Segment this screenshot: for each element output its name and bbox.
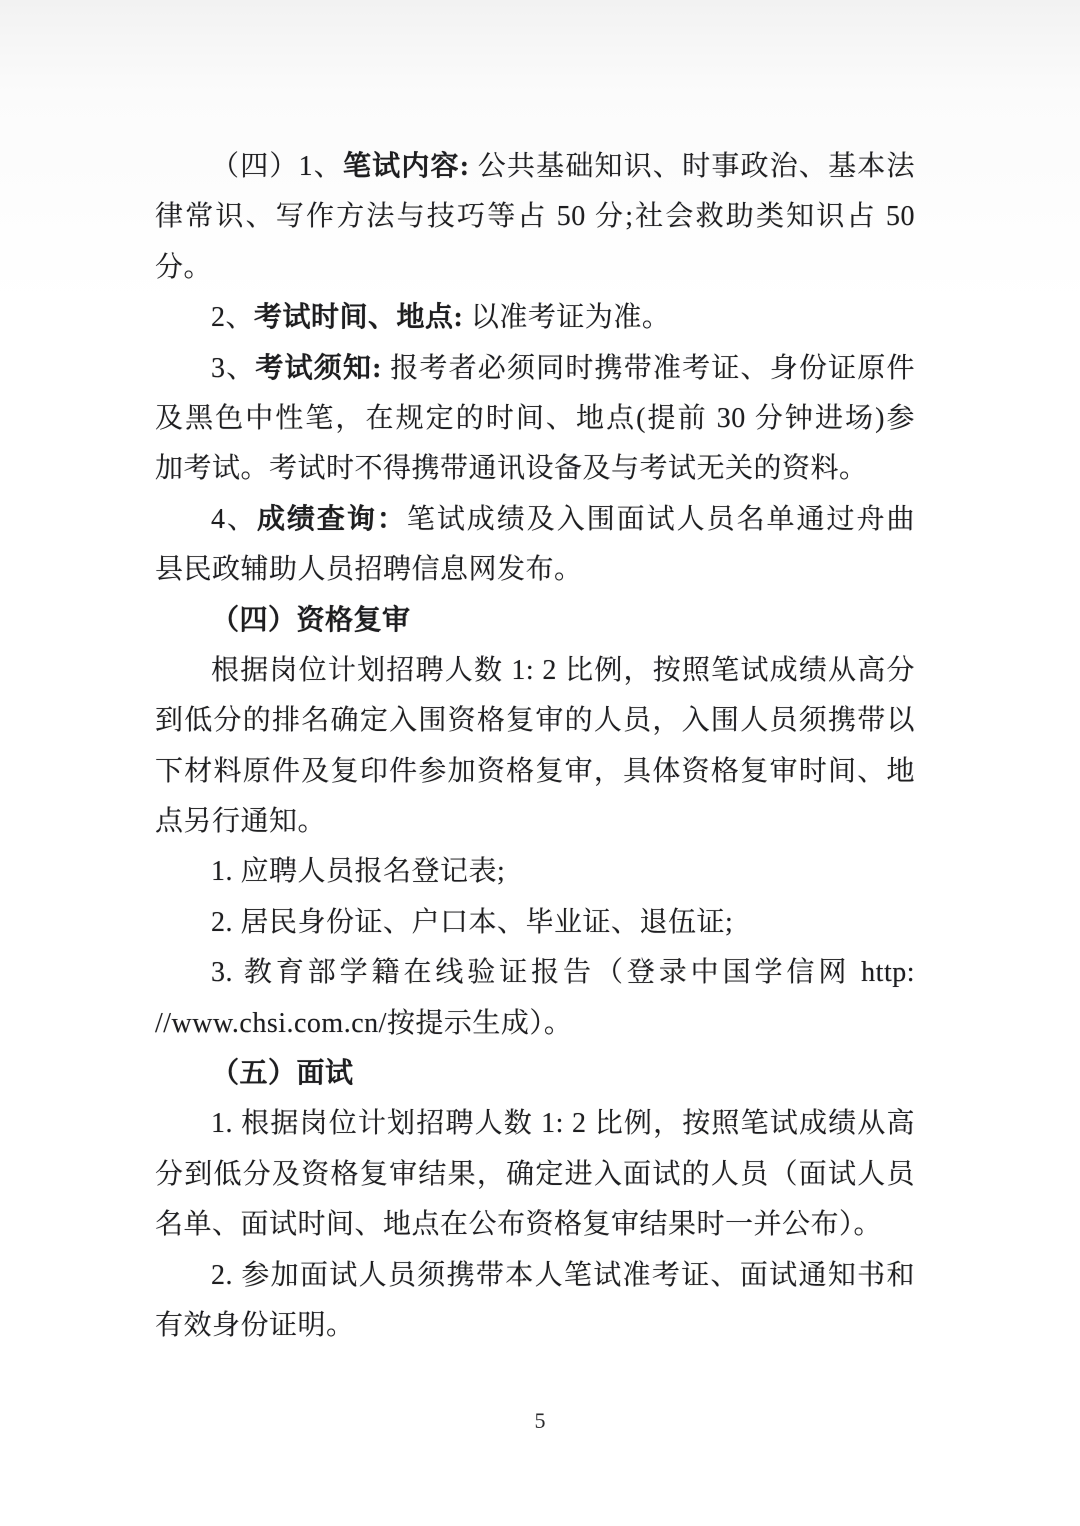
text-segment: 报考者必须同时携带准考证、身份证原件 bbox=[382, 353, 915, 384]
text-line: 名单、面试时间、地点在公布资格复审结果时一并公布）。 bbox=[155, 1200, 915, 1250]
text-line: 根据岗位计划招聘人数 1: 2 比例，按照笔试成绩从高分 bbox=[155, 646, 915, 696]
text-line: （五）面试 bbox=[155, 1049, 915, 1099]
document-body: （四）1、笔试内容: 公共基础知识、时事政治、基本法律常识、写作方法与技巧等占 … bbox=[155, 142, 915, 1351]
paragraph: 2、考试时间、地点: 以准考证为准。 bbox=[155, 293, 915, 343]
text-segment: 到低分的排名确定入围资格复审的人员，入围人员须携带以 bbox=[155, 705, 915, 736]
text-line: （四）资格复审 bbox=[155, 596, 915, 646]
text-segment: 分。 bbox=[155, 252, 212, 283]
text-segment: 1. 根据岗位计划招聘人数 1: 2 比例，按照笔试成绩从高 bbox=[211, 1108, 915, 1139]
text-segment: 2. 参加面试人员须携带本人笔试准考证、面试通知书和 bbox=[211, 1260, 915, 1291]
text-segment: 有效身份证明。 bbox=[155, 1310, 355, 1341]
text-line: 律常识、写作方法与技巧等占 50 分;社会救助类知识占 50 bbox=[155, 192, 915, 242]
text-line: 1. 根据岗位计划招聘人数 1: 2 比例，按照笔试成绩从高 bbox=[155, 1099, 915, 1149]
text-line: 及黑色中性笔，在规定的时间、地点(提前 30 分钟进场)参 bbox=[155, 394, 915, 444]
document-page: （四）1、笔试内容: 公共基础知识、时事政治、基本法律常识、写作方法与技巧等占 … bbox=[0, 0, 1080, 1526]
text-line: 1. 应聘人员报名登记表; bbox=[155, 847, 915, 897]
bold-text-segment: （四）资格复审 bbox=[211, 605, 411, 636]
text-line: 分。 bbox=[155, 243, 915, 293]
text-segment: 根据岗位计划招聘人数 1: 2 比例，按照笔试成绩从高分 bbox=[211, 655, 915, 686]
paragraph: 根据岗位计划招聘人数 1: 2 比例，按照笔试成绩从高分到低分的排名确定入围资格… bbox=[155, 646, 915, 848]
bold-text-segment: （五）面试 bbox=[211, 1058, 354, 1089]
paragraph: 1. 根据岗位计划招聘人数 1: 2 比例，按照笔试成绩从高分到低分及资格复审结… bbox=[155, 1099, 915, 1250]
section-heading: （四）资格复审 bbox=[155, 596, 915, 646]
bold-text-segment: 笔试内容: bbox=[343, 151, 470, 182]
bold-text-segment: 考试时间、地点: bbox=[254, 302, 463, 333]
text-line: //www.chsi.com.cn/按提示生成）。 bbox=[155, 999, 915, 1049]
text-segment: 下材料原件及复印件参加资格复审，具体资格复审时间、地 bbox=[155, 756, 915, 787]
text-line: 分到低分及资格复审结果，确定进入面试的人员（面试人员 bbox=[155, 1150, 915, 1200]
paragraph: 2. 参加面试人员须携带本人笔试准考证、面试通知书和有效身份证明。 bbox=[155, 1251, 915, 1352]
text-segment: 县民政辅助人员招聘信息网发布。 bbox=[155, 554, 583, 585]
text-line: （四）1、笔试内容: 公共基础知识、时事政治、基本法 bbox=[155, 142, 915, 192]
text-line: 2. 居民身份证、户口本、毕业证、退伍证; bbox=[155, 898, 915, 948]
text-segment: 4、 bbox=[211, 504, 257, 535]
text-segment: 公共基础知识、时事政治、基本法 bbox=[470, 151, 915, 182]
page-number: 5 bbox=[0, 1406, 1080, 1436]
text-segment: 2. 居民身份证、户口本、毕业证、退伍证; bbox=[211, 907, 733, 938]
text-line: 2. 参加面试人员须携带本人笔试准考证、面试通知书和 bbox=[155, 1251, 915, 1301]
text-segment: （四）1、 bbox=[211, 151, 343, 182]
text-line: 3. 教育部学籍在线验证报告（登录中国学信网 http: bbox=[155, 948, 915, 998]
text-segment: 点另行通知。 bbox=[155, 806, 326, 837]
paragraph: （四）1、笔试内容: 公共基础知识、时事政治、基本法律常识、写作方法与技巧等占 … bbox=[155, 142, 915, 293]
text-segment: 加考试。考试时不得携带通讯设备及与考试无关的资料。 bbox=[155, 453, 868, 484]
text-line: 下材料原件及复印件参加资格复审，具体资格复审时间、地 bbox=[155, 747, 915, 797]
text-line: 4、成绩查询：笔试成绩及入围面试人员名单通过舟曲 bbox=[155, 495, 915, 545]
paragraph: 1. 应聘人员报名登记表; bbox=[155, 847, 915, 897]
bold-text-segment: 考试须知: bbox=[255, 353, 382, 384]
text-line: 2、考试时间、地点: 以准考证为准。 bbox=[155, 293, 915, 343]
text-segment: 名单、面试时间、地点在公布资格复审结果时一并公布）。 bbox=[155, 1209, 882, 1240]
text-line: 点另行通知。 bbox=[155, 797, 915, 847]
text-segment: 以准考证为准。 bbox=[463, 302, 670, 333]
paragraph: 2. 居民身份证、户口本、毕业证、退伍证; bbox=[155, 898, 915, 948]
section-heading: （五）面试 bbox=[155, 1049, 915, 1099]
bold-text-segment: 成绩查询： bbox=[257, 504, 407, 535]
text-line: 县民政辅助人员招聘信息网发布。 bbox=[155, 545, 915, 595]
text-segment: 3、 bbox=[211, 353, 255, 384]
paragraph: 3、考试须知: 报考者必须同时携带准考证、身份证原件及黑色中性笔，在规定的时间、… bbox=[155, 344, 915, 495]
paragraph: 4、成绩查询：笔试成绩及入围面试人员名单通过舟曲县民政辅助人员招聘信息网发布。 bbox=[155, 495, 915, 596]
text-segment: 1. 应聘人员报名登记表; bbox=[211, 856, 505, 887]
text-line: 3、考试须知: 报考者必须同时携带准考证、身份证原件 bbox=[155, 344, 915, 394]
text-segment: //www.chsi.com.cn/按提示生成）。 bbox=[155, 1008, 572, 1039]
text-segment: 及黑色中性笔，在规定的时间、地点(提前 30 分钟进场)参 bbox=[155, 403, 915, 434]
text-segment: 分到低分及资格复审结果，确定进入面试的人员（面试人员 bbox=[155, 1159, 915, 1190]
text-segment: 律常识、写作方法与技巧等占 50 分;社会救助类知识占 50 bbox=[155, 201, 915, 232]
text-segment: 笔试成绩及入围面试人员名单通过舟曲 bbox=[407, 504, 915, 535]
paragraph: 3. 教育部学籍在线验证报告（登录中国学信网 http://www.chsi.c… bbox=[155, 948, 915, 1049]
text-line: 到低分的排名确定入围资格复审的人员，入围人员须携带以 bbox=[155, 696, 915, 746]
text-segment: 2、 bbox=[211, 302, 254, 333]
text-line: 加考试。考试时不得携带通讯设备及与考试无关的资料。 bbox=[155, 444, 915, 494]
text-segment: 3. 教育部学籍在线验证报告（登录中国学信网 http: bbox=[211, 957, 915, 988]
text-line: 有效身份证明。 bbox=[155, 1301, 915, 1351]
